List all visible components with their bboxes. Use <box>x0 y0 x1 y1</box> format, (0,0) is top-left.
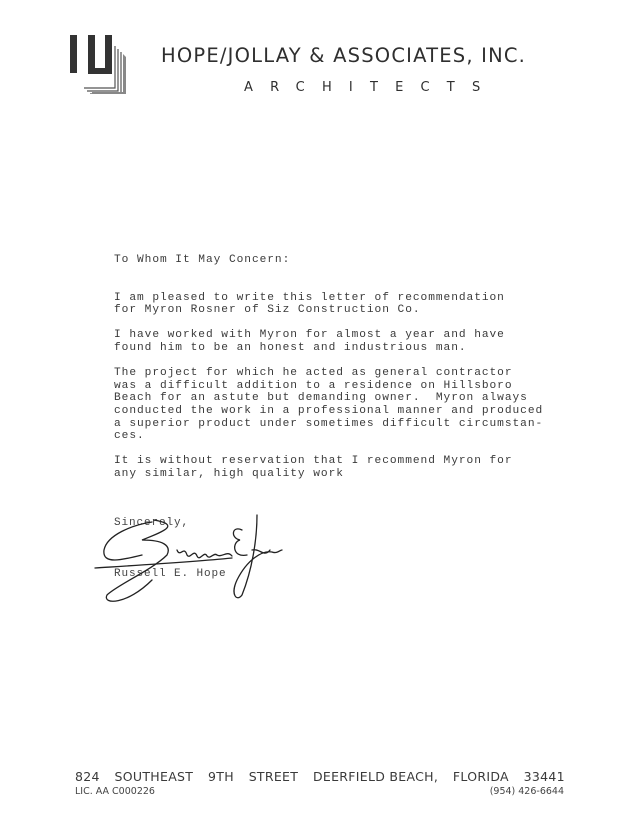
zip-code: 33441 <box>524 769 565 784</box>
street-type: STREET <box>249 769 299 784</box>
text-line: ces. <box>114 430 554 443</box>
text-line: It is without reservation that I recomme… <box>114 455 554 468</box>
text-line: I have worked with Myron for almost a ye… <box>114 329 554 342</box>
footer-address: 824 SOUTHEAST 9TH STREET DEERFIELD BEACH… <box>75 769 565 784</box>
street-number: 824 <box>75 769 100 784</box>
company-name: HOPE/JOLLAY & ASSOCIATES, INC. <box>161 44 526 67</box>
text-line: I am pleased to write this letter of rec… <box>114 292 554 305</box>
city: DEERFIELD BEACH, <box>313 769 438 784</box>
phone-number: (954) 426-6644 <box>490 786 564 797</box>
license-number: LIC. AA C000226 <box>75 786 155 797</box>
text-line: conducted the work in a professional man… <box>114 405 554 418</box>
street-direction: SOUTHEAST <box>115 769 194 784</box>
text-line: any similar, high quality work <box>114 468 554 481</box>
hj-monogram-logo-icon <box>68 32 130 94</box>
paragraph-4: It is without reservation that I recomme… <box>114 455 554 480</box>
text-line: Beach for an astute but demanding owner.… <box>114 392 554 405</box>
letter-body: To Whom It May Concern: I am pleased to … <box>114 254 554 493</box>
text-line: The project for which he acted as genera… <box>114 367 554 380</box>
paragraph-2: I have worked with Myron for almost a ye… <box>114 329 554 354</box>
text-line: for Myron Rosner of Siz Construction Co. <box>114 304 554 317</box>
paragraph-3: The project for which he acted as genera… <box>114 367 554 443</box>
salutation: To Whom It May Concern: <box>114 254 554 267</box>
text-line: found him to be an honest and industriou… <box>114 342 554 355</box>
paragraph-1: I am pleased to write this letter of rec… <box>114 292 554 317</box>
company-subtitle: ARCHITECTS <box>244 80 497 95</box>
text-line: a superior product under sometimes diffi… <box>114 418 554 431</box>
street-name: 9TH <box>208 769 234 784</box>
handwritten-signature-icon <box>92 510 292 610</box>
text-line: was a difficult addition to a residence … <box>114 380 554 393</box>
state: FLORIDA <box>453 769 509 784</box>
